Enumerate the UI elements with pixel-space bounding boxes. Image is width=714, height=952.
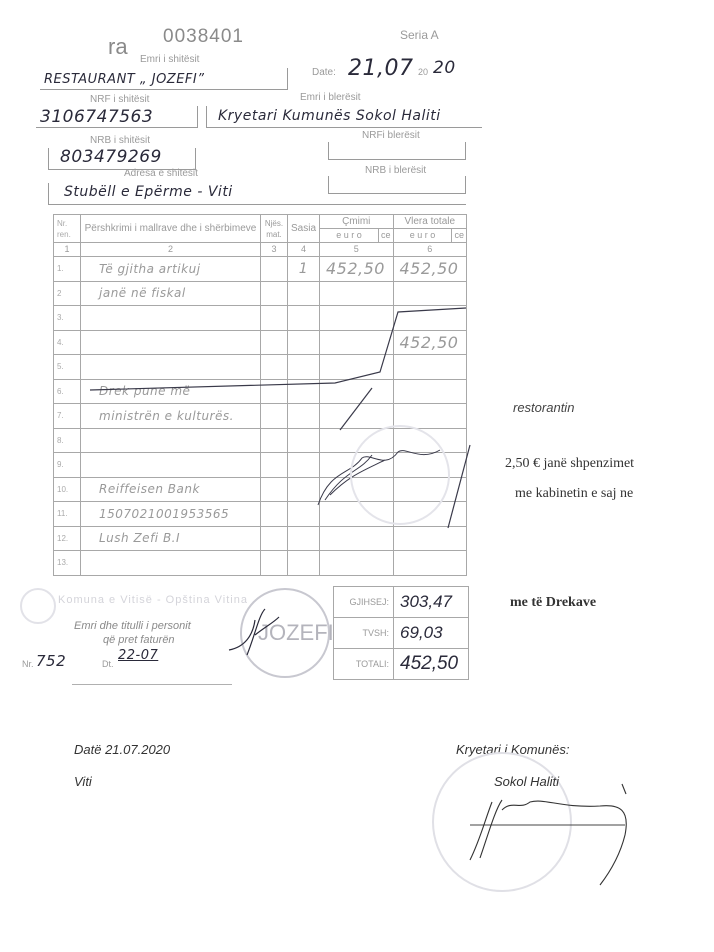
- subtotal-label: GJIHSEJ:: [334, 587, 394, 618]
- reg-nr-value: 752: [36, 652, 66, 670]
- subtotal-value: 303,47: [394, 587, 469, 618]
- totals-table: GJIHSEJ: 303,47 TVSH: 69,03 TOTALI: 452,…: [333, 586, 469, 680]
- letter-place: Viti: [74, 774, 92, 789]
- reg-dt-label: Dt.: [102, 659, 114, 669]
- issuer-signature: [225, 605, 285, 660]
- municipality-stamp: [20, 588, 56, 624]
- issuer-label-1: Emri dhe titulli i personit: [74, 620, 191, 632]
- issuer-signature-line: [72, 684, 232, 685]
- letter-line-2: 2,50 € janë shpenzimet: [505, 456, 634, 472]
- vat-label: TVSH:: [334, 618, 394, 649]
- letter-line-3: me kabinetin e saj ne: [515, 486, 633, 502]
- reg-dt-value: 22-07: [118, 648, 158, 663]
- letter-line-1: restorantin: [513, 400, 574, 415]
- mayor-signature: [450, 780, 650, 890]
- municipality-stamp-text: Komuna e Vitisë - Opština Vitina: [58, 594, 248, 606]
- total-value: 452,50: [394, 649, 469, 680]
- reg-nr-label: Nr.: [22, 659, 34, 669]
- letter-line-4: me të Drekave: [510, 595, 596, 611]
- letter-date: Datë 21.07.2020: [74, 742, 170, 757]
- municipality-stamp-table: [350, 425, 450, 525]
- vat-value: 69,03: [394, 618, 469, 649]
- issuer-label-2: që pret faturën: [103, 634, 175, 646]
- total-label: TOTALI:: [334, 649, 394, 680]
